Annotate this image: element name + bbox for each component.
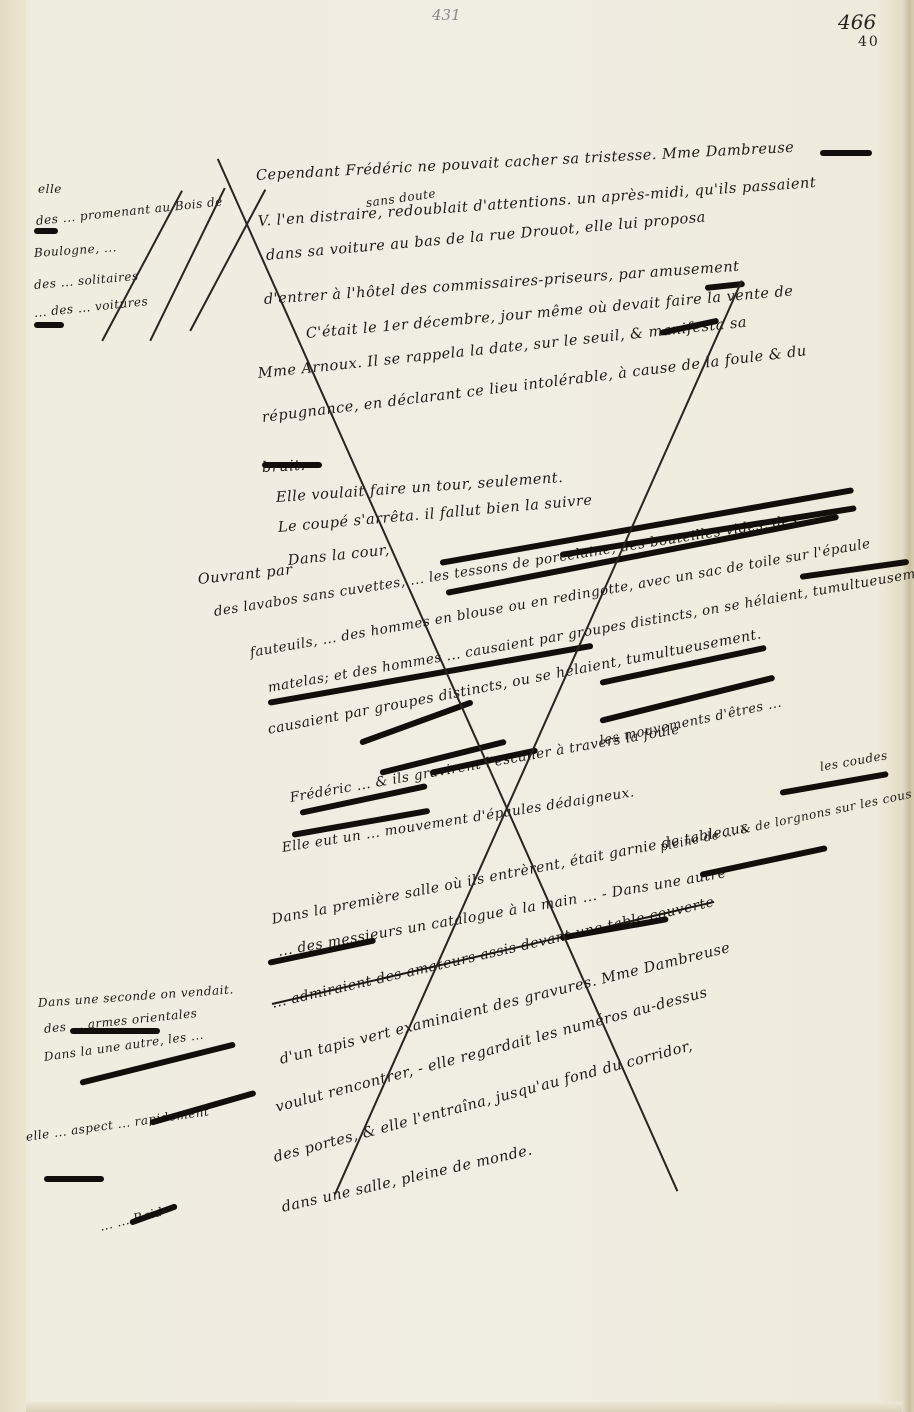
- deletion-stroke: [44, 1176, 104, 1182]
- deletion-stroke: [34, 322, 64, 328]
- folio-pencil-number: 431: [432, 6, 461, 24]
- deletion-stroke: [820, 150, 872, 156]
- margin-note: elle: [38, 182, 62, 196]
- crossing-line: [335, 280, 743, 1194]
- deletion-stroke: [262, 462, 322, 468]
- text-line: Ouvrant par: [197, 562, 293, 588]
- deletion-stroke: [779, 771, 888, 796]
- margin-note: des ... promenant au Bois de: [35, 194, 223, 228]
- margin-note: Dans une seconde on vendait.: [38, 982, 235, 1010]
- deletion-stroke: [34, 228, 58, 234]
- page-right-edge: [902, 0, 914, 1412]
- text-line: Dans la cour,: [287, 542, 390, 569]
- interlinear-note: les coudes: [819, 748, 889, 774]
- deletion-stroke: [70, 1028, 160, 1034]
- text-line: V. l'en distraire, redoublait d'attentio…: [257, 175, 816, 230]
- text-line: Cependant Frédéric ne pouvait cacher sa …: [256, 140, 795, 184]
- margin-note: Boulogne, ...: [34, 240, 118, 260]
- folio-ink-number: 466: [838, 10, 876, 34]
- deletion-stroke: [699, 845, 827, 878]
- page-bottom-edge: [26, 1402, 902, 1412]
- page-binding-edge: [0, 0, 26, 1412]
- text-line: répugnance, en déclarant ce lieu intolér…: [261, 343, 808, 426]
- deletion-stroke: [149, 1090, 256, 1126]
- folio-stamp-number: 40: [858, 34, 880, 50]
- margin-note: des ... solitaires: [33, 269, 139, 292]
- manuscript-page: 431 466 40 Cependant Frédéric ne pouvait…: [0, 0, 914, 1412]
- margin-note: ... des ... voitures: [33, 294, 149, 320]
